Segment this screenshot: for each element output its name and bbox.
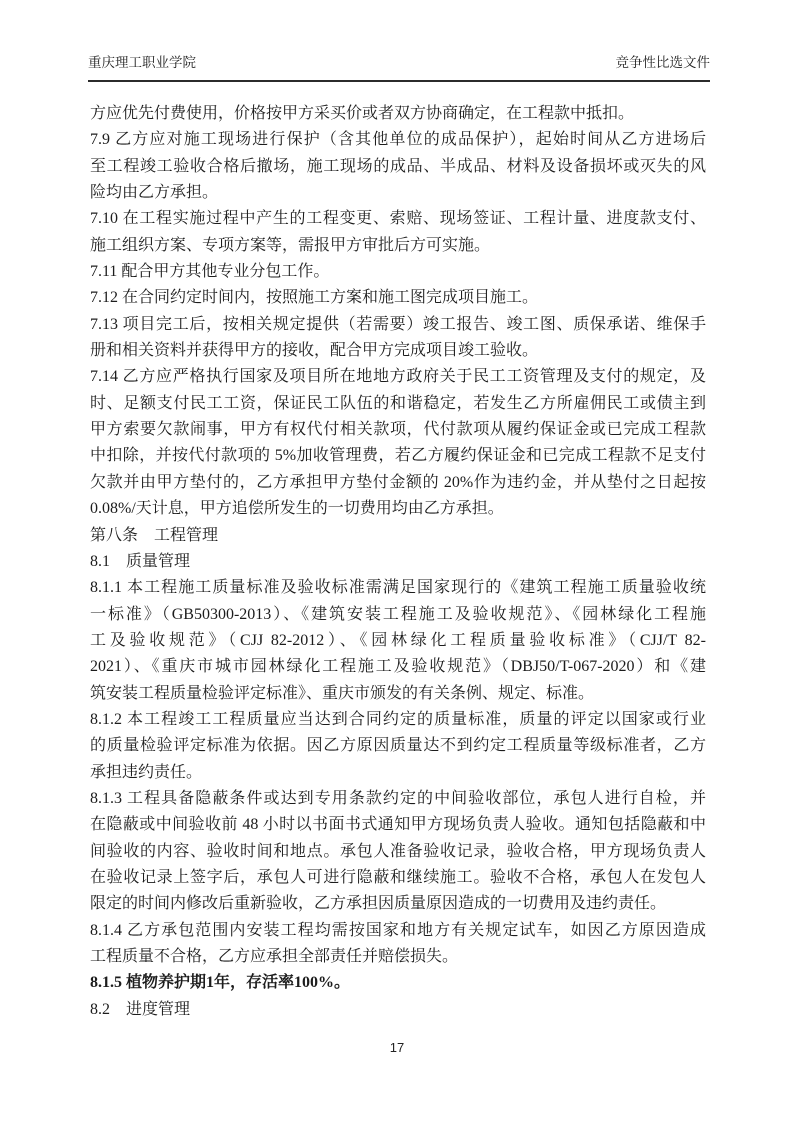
- document-line: 工及验收规范》（CJJ 82-2012）、《园林绿化工程质量验收标准》（CJJ/…: [90, 628, 706, 654]
- document-line: 8.2 进度管理: [90, 997, 706, 1023]
- document-line: 施工组织方案、专项方案等，需报甲方审批后方可实施。: [90, 233, 706, 259]
- document-line: 8.1.2 本工程竣工工程质量应当达到合同约定的质量标准，质量的评定以国家或行业: [90, 707, 706, 733]
- document-line: 8.1.4 乙方承包范围内安装工程均需按国家和地方有关规定试车，如因乙方原因造成: [90, 918, 706, 944]
- document-line: 在验收记录上签字后，承包人可进行隐蔽和继续施工。验收不合格，承包人在发包人: [90, 865, 706, 891]
- clause-8-1-5: 8.1.5 植物养护期1年，存活率100%。: [90, 970, 706, 996]
- document-line: 8.1.3 工程具备隐蔽条件或达到专用条款约定的中间验收部位，承包人进行自检，并: [90, 786, 706, 812]
- header-right-text: 竞争性比选文件: [616, 54, 711, 71]
- section-8-1-heading: 8.1 质量管理: [90, 549, 706, 575]
- document-line: 限定的时间内修改后重新验收，乙方承担因质量原因造成的一切费用及违约责任。: [90, 891, 706, 917]
- page-number: 17: [390, 1040, 404, 1055]
- document-line: 7.13 项目完工后，按相关规定提供（若需要）竣工报告、竣工图、质保承诺、维保手: [90, 312, 706, 338]
- document-line: 一标准》（GB50300-2013）、《建筑安装工程施工及验收规范》、《园林绿化…: [90, 602, 706, 628]
- continuation-paragraph: 方应优先付费使用，价格按甲方采买价或者双方协商确定，在工程款中抵扣。: [90, 101, 706, 127]
- document-line: 8.1.1 本工程施工质量标准及验收标准需满足国家现行的《建筑工程施工质量验收统: [90, 575, 706, 601]
- document-line: 承担违约责任。: [90, 760, 706, 786]
- clause-8-1-2: 8.1.2 本工程竣工工程质量应当达到合同约定的质量标准，质量的评定以国家或行业…: [90, 707, 706, 786]
- document-line: 7.10 在工程实施过程中产生的工程变更、索赔、现场签证、工程计量、进度款支付、: [90, 206, 706, 232]
- document-page: 重庆理工职业学院 竞争性比选文件 方应优先付费使用，价格按甲方采买价或者双方协商…: [0, 0, 794, 1122]
- clause-8-1-3: 8.1.3 工程具备隐蔽条件或达到专用条款约定的中间验收部位，承包人进行自检，并…: [90, 786, 706, 918]
- document-line: 8.1 质量管理: [90, 549, 706, 575]
- document-line: 的质量检验评定标准为依据。因乙方原因质量达不到约定工程质量等级标准者，乙方: [90, 733, 706, 759]
- document-line: 在隐蔽或中间验收前 48 小时以书面书式通知甲方现场负责人验收。通知包括隐蔽和中: [90, 812, 706, 838]
- clause-7-13: 7.13 项目完工后，按相关规定提供（若需要）竣工报告、竣工图、质保承诺、维保手…: [90, 312, 706, 365]
- document-line: 方应优先付费使用，价格按甲方采买价或者双方协商确定，在工程款中抵扣。: [90, 101, 706, 127]
- document-line: 7.11 配合甲方其他专业分包工作。: [90, 259, 706, 285]
- document-line: 工程质量不合格，乙方应承担全部责任并赔偿损失。: [90, 944, 706, 970]
- clause-7-14: 7.14 乙方应严格执行国家及项目所在地地方政府关于民工工资管理及支付的规定，及…: [90, 364, 706, 522]
- document-line: 2021）、《重庆市城市园林绿化工程施工及验收规范》（DBJ50/T-067-2…: [90, 654, 706, 680]
- article-8-heading: 第八条 工程管理: [90, 523, 706, 549]
- document-line: 险均由乙方承担。: [90, 180, 706, 206]
- document-line: 筑安装工程质量检验评定标准》、重庆市颁发的有关条例、规定、标准。: [90, 681, 706, 707]
- document-line: 0.08%/天计息，甲方追偿所发生的一切费用均由乙方承担。: [90, 496, 706, 522]
- document-line: 7.14 乙方应严格执行国家及项目所在地地方政府关于民工工资管理及支付的规定，及: [90, 364, 706, 390]
- document-line: 7.12 在合同约定时间内，按照施工方案和施工图完成项目施工。: [90, 285, 706, 311]
- clause-7-11: 7.11 配合甲方其他专业分包工作。: [90, 259, 706, 285]
- document-line: 册和相关资料并获得甲方的接收，配合甲方完成项目竣工验收。: [90, 338, 706, 364]
- page-header: 重庆理工职业学院 竞争性比选文件: [88, 54, 710, 82]
- document-line: 中扣除，并按代付款项的 5%加收管理费，若乙方履约保证金和已完成工程款不足支付: [90, 443, 706, 469]
- document-line: 7.9 乙方应对施工现场进行保护（含其他单位的成品保护），起始时间从乙方进场后: [90, 127, 706, 153]
- clause-8-1-1: 8.1.1 本工程施工质量标准及验收标准需满足国家现行的《建筑工程施工质量验收统…: [90, 575, 706, 707]
- clause-7-12: 7.12 在合同约定时间内，按照施工方案和施工图完成项目施工。: [90, 285, 706, 311]
- clause-7-10: 7.10 在工程实施过程中产生的工程变更、索赔、现场签证、工程计量、进度款支付、…: [90, 206, 706, 259]
- document-line: 欠款并由甲方垫付的，乙方承担甲方垫付金额的 20%作为违约金，并从垫付之日起按: [90, 470, 706, 496]
- document-line: 时、足额支付民工工资，保证民工队伍的和谐稳定，若发生乙方所雇佣民工或债主到: [90, 391, 706, 417]
- section-8-2-heading: 8.2 进度管理: [90, 997, 706, 1023]
- document-line: 第八条 工程管理: [90, 523, 706, 549]
- clause-8-1-4: 8.1.4 乙方承包范围内安装工程均需按国家和地方有关规定试车，如因乙方原因造成…: [90, 918, 706, 971]
- document-line: 至工程竣工验收合格后撤场，施工现场的成品、半成品、材料及设备损坏或灭失的风: [90, 154, 706, 180]
- document-line: 甲方索要欠款闹事，甲方有权代付相关款项，代付款项从履约保证金或已完成工程款: [90, 417, 706, 443]
- document-body: 方应优先付费使用，价格按甲方采买价或者双方协商确定，在工程款中抵扣。7.9 乙方…: [90, 101, 706, 1023]
- page-footer: 17: [0, 1040, 794, 1055]
- header-left-text: 重庆理工职业学院: [88, 54, 196, 71]
- document-line: 8.1.5 植物养护期1年，存活率100%。: [90, 970, 706, 996]
- clause-7-9: 7.9 乙方应对施工现场进行保护（含其他单位的成品保护），起始时间从乙方进场后至…: [90, 127, 706, 206]
- document-line: 间验收的内容、验收时间和地点。承包人准备验收记录，验收合格，甲方现场负责人: [90, 839, 706, 865]
